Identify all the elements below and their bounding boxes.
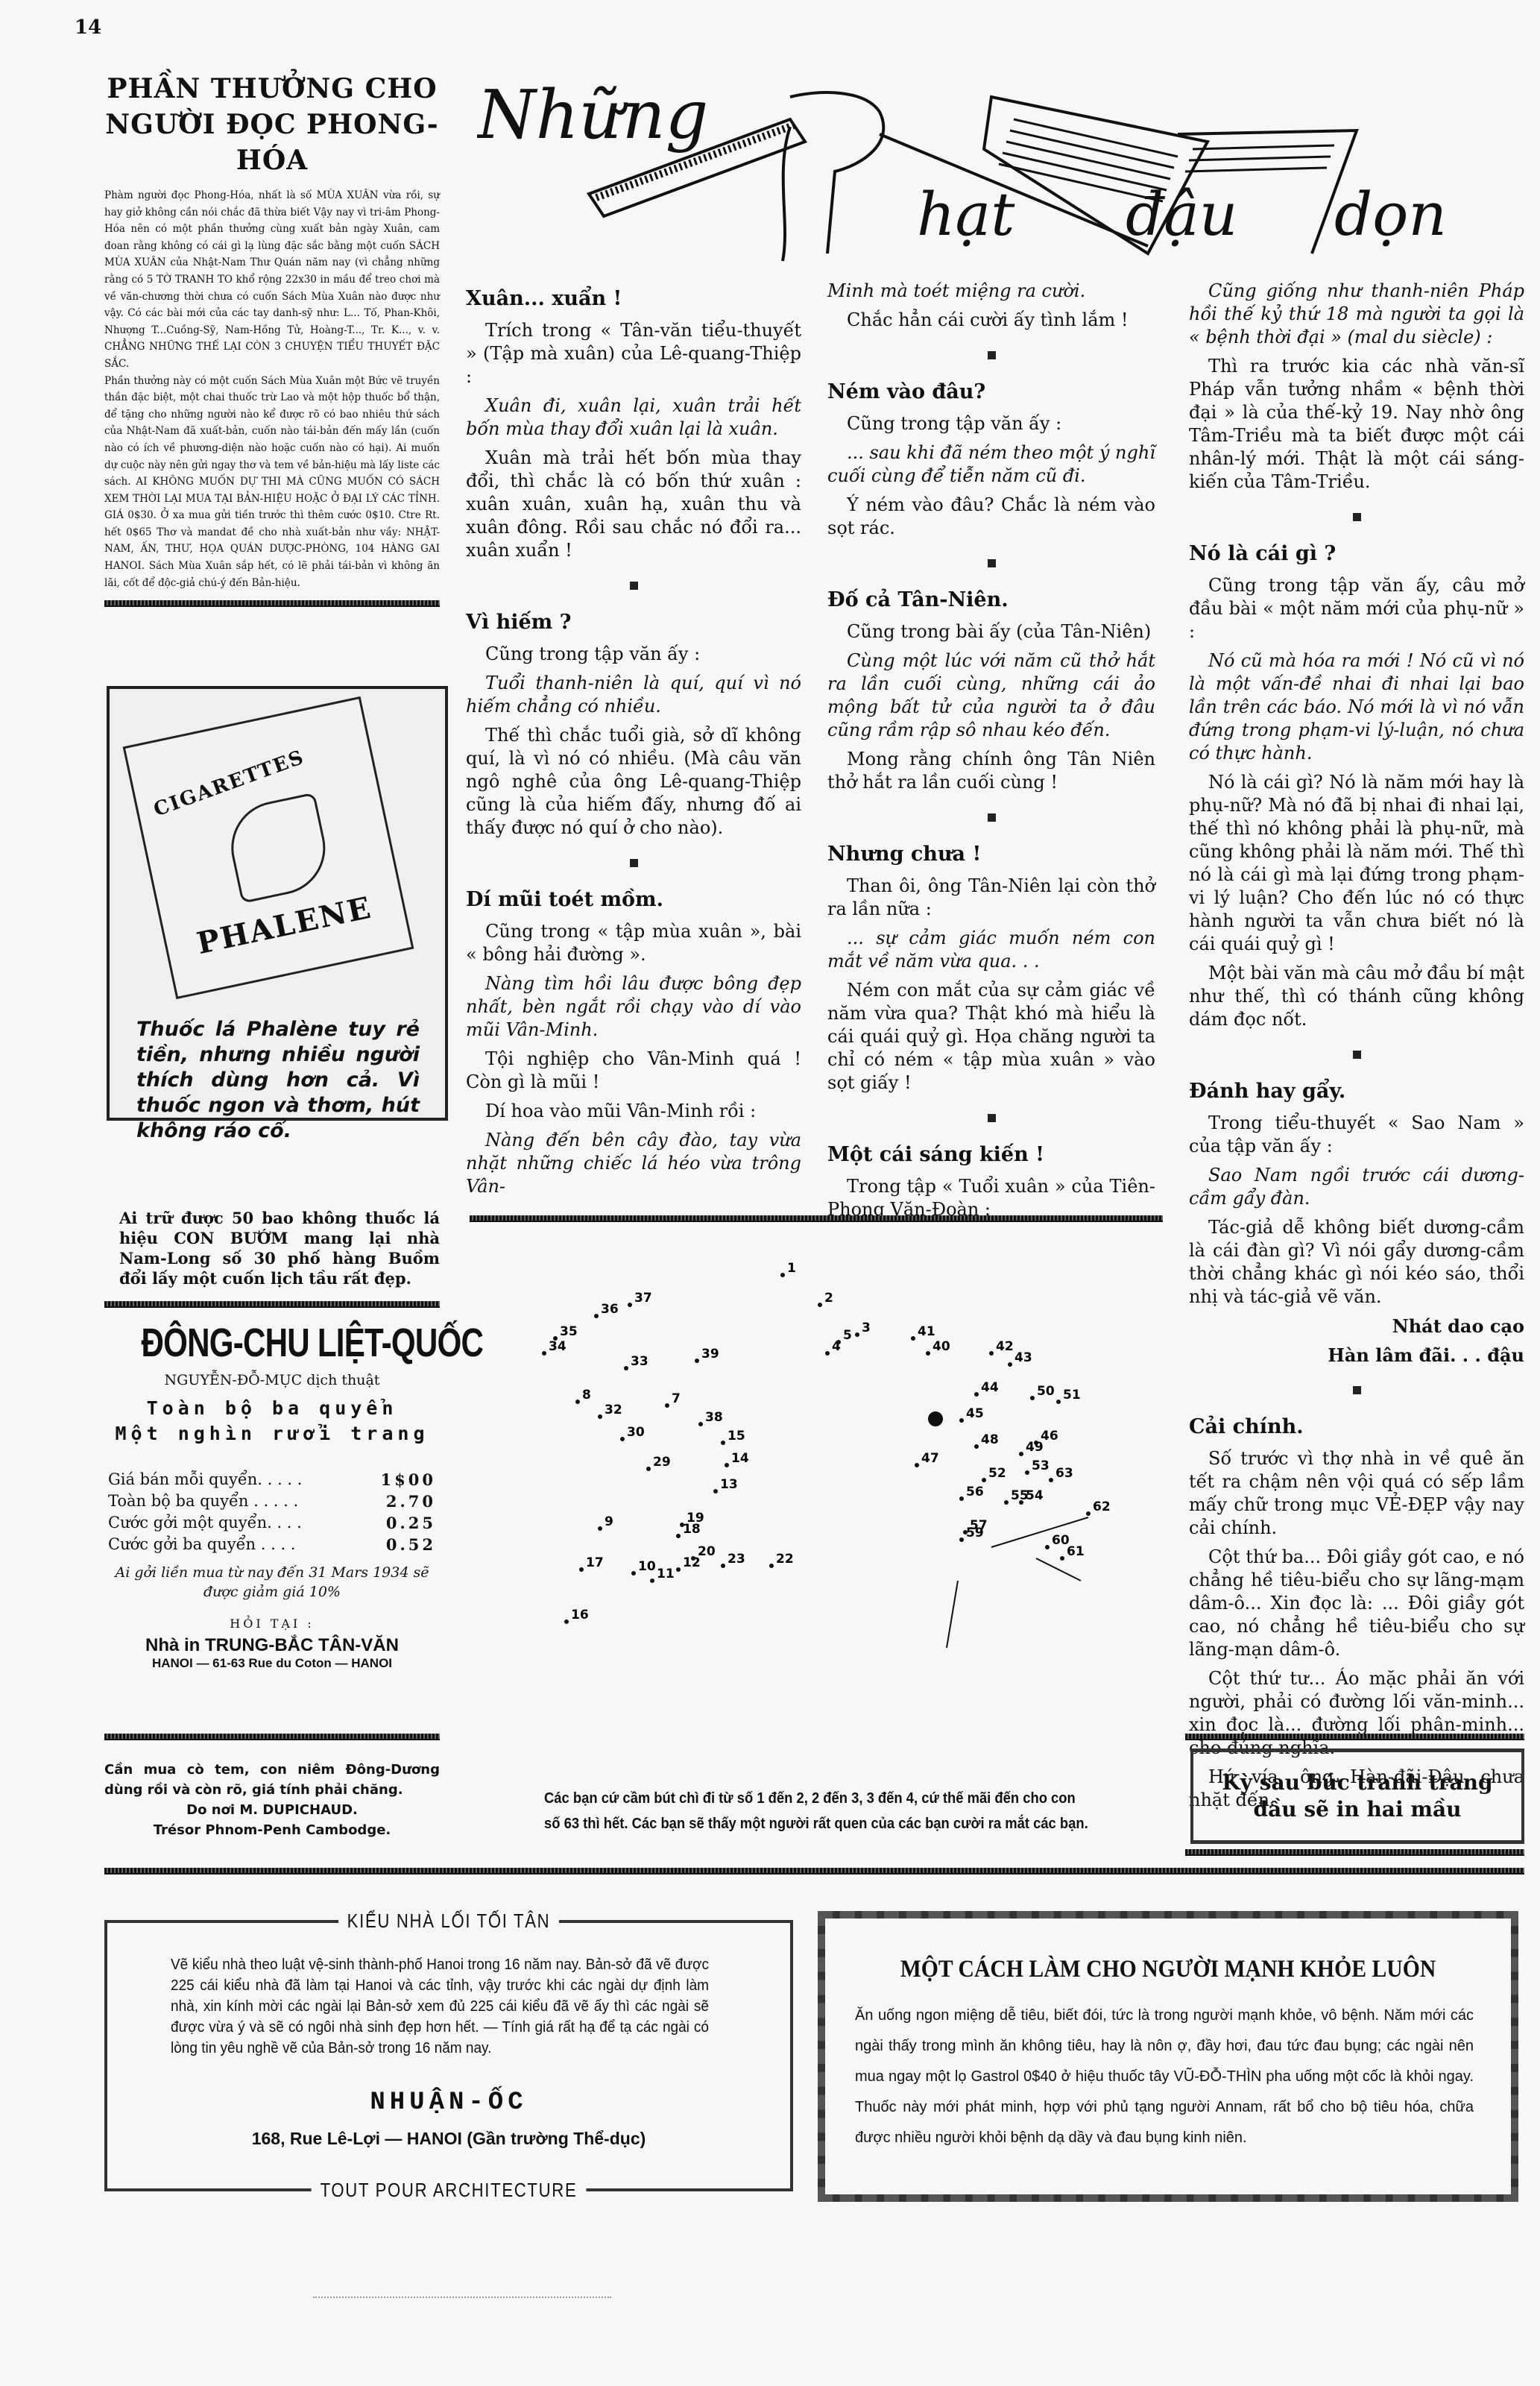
puzzle-dot	[691, 1556, 695, 1561]
svg-text:Những: Những	[477, 76, 708, 154]
paragraph: Cũng trong tập văn ấy :	[466, 643, 801, 666]
reward-paragraph-2: Phần thưởng này có một cuốn Sách Mùa Xuâ…	[104, 373, 440, 592]
puzzle-dot	[553, 1336, 558, 1341]
puzzle-dot-label: 19	[687, 1511, 704, 1526]
puzzle-dot	[911, 1336, 915, 1341]
paragraph: Cũng trong tập văn ấy :	[827, 412, 1155, 435]
paragraph: Ý ném vào đâu? Chắc là ném vào sọt rác.	[827, 494, 1155, 540]
paragraph: Số trước vì thợ nhà in về quê ăn tết ra …	[1189, 1447, 1524, 1540]
quote: Minh mà toét miệng ra cười.	[827, 280, 1155, 303]
puzzle-dot	[974, 1444, 979, 1449]
column-3: Minh mà toét miệng ra cười. Chắc hẳn cái…	[827, 280, 1155, 1227]
puzzle-dot	[628, 1303, 632, 1307]
quote: Nàng đến bên cây đào, tay vừa nhặt những…	[466, 1129, 801, 1198]
quote: ... sau khi đã ném theo một ý nghĩ cuối …	[827, 441, 1155, 488]
puzzle-dot	[575, 1400, 580, 1404]
puzzle-dot	[769, 1564, 774, 1568]
puzzle-dot	[650, 1578, 654, 1583]
puzzle-dot	[780, 1273, 785, 1277]
paragraph: Mong rằng chính ông Tân Niên thở hắt ra …	[827, 748, 1155, 794]
puzzle-dot-label: 34	[549, 1339, 567, 1354]
paragraph: Trong tập « Tuổi xuân » của Tiên-Phong V…	[827, 1175, 1155, 1221]
puzzle-dot	[1060, 1556, 1064, 1561]
puzzle-dot-label: 48	[981, 1432, 999, 1447]
dong-chu-liet-quoc-ad: ĐÔNG-CHU LIỆT-QUỐC NGUYỄN-ĐỖ-MỤC dịch th…	[104, 1320, 440, 1671]
puzzle-dot	[1086, 1511, 1091, 1516]
house-design-ad: KIỂU NHÀ LỐI TỐI TÂN Vẽ kiểu nhà theo lu…	[104, 1920, 793, 2191]
ask-at-label: HỎI TẠI :	[104, 1617, 440, 1631]
puzzle-dot-label: 56	[966, 1485, 984, 1499]
paragraph: Trích trong « Tân-văn tiểu-thuyết » (Tập…	[466, 319, 801, 388]
puzzle-caption: Các bạn cứ cầm bút chì đi từ số 1 đến 2,…	[544, 1786, 1093, 1836]
puzzle-dot	[926, 1351, 930, 1356]
column-header-illustration: Những hạt đậu dọn	[477, 60, 1536, 276]
page-number: 14	[75, 16, 101, 39]
puzzle-dot-label: 9	[605, 1514, 613, 1529]
reward-title-line2: NGƯỜI ĐỌC PHONG-HÓA	[104, 107, 440, 178]
puzzle-dot-label: 32	[605, 1403, 622, 1417]
price-row: Cước gởi ba quyển . . . .0.52	[108, 1534, 436, 1555]
puzzle-dot	[646, 1467, 651, 1471]
quote: ... sự cảm giác muốn ném con mắt về năm …	[827, 927, 1155, 973]
puzzle-dot	[1049, 1478, 1053, 1482]
reward-title-line1: PHẦN THƯỞNG CHO	[104, 71, 440, 107]
puzzle-dot-label: 37	[634, 1291, 652, 1306]
ad-address: 168, Rue Lê-Lợi — HANOI (Gần trường Thể-…	[107, 2129, 790, 2149]
svg-text:dọn: dọn	[1334, 180, 1447, 249]
puzzle-dot-label: 15	[728, 1429, 745, 1444]
gastrol-medicine-ad: MỘT CÁCH LÀM CHO NGƯỜI MẠNH KHỎE LUÔN Ăn…	[818, 1911, 1518, 2202]
section-title: Một cái sáng kiến !	[827, 1143, 1155, 1166]
puzzle-dot-label: 55	[1011, 1488, 1029, 1503]
puzzle-dot	[564, 1619, 569, 1624]
section-separator-icon	[1189, 1377, 1524, 1400]
svg-text:đậu: đậu	[1126, 180, 1237, 249]
price-list: Giá bán mỗi quyển. . . . .1$00 Toàn bộ b…	[108, 1469, 436, 1555]
section-title: Nó là cái gì ?	[1189, 542, 1524, 565]
section-title: Cải chính.	[1189, 1415, 1524, 1438]
next-issue-notice: Kỳ sau bức tranh trang đầu sẽ in hai mầu	[1190, 1748, 1524, 1844]
puzzle-dot-label: 45	[966, 1406, 984, 1421]
volumes-line: Toàn bộ ba quyển	[104, 1396, 440, 1421]
puzzle-dot-label: 14	[731, 1451, 749, 1466]
column-4: Cũng giống như thanh-niên Pháp hồi thế k…	[1189, 280, 1524, 1818]
column-2: Xuân... xuẩn ! Trích trong « Tân-văn tiể…	[466, 287, 801, 1204]
puzzle-dot	[855, 1332, 859, 1337]
puzzle-dot-label: 63	[1055, 1466, 1073, 1481]
butterfly-icon	[223, 793, 334, 904]
phalene-slogan: Thuốc lá Phalène tuy rẻ tiền, nhưng nhiề…	[136, 1017, 420, 1144]
quote: Nó cũ mà hóa ra mới ! Nó cũ vì nó là một…	[1189, 649, 1524, 765]
ad-body: Ăn uống ngon miệng dễ tiêu, biết đói, tứ…	[855, 2001, 1474, 2153]
pages-line: Một nghìn rưởi trang	[104, 1421, 440, 1447]
divider	[1185, 1734, 1524, 1740]
puzzle-dot	[1008, 1362, 1012, 1367]
price-row: Giá bán mỗi quyển. . . . .1$00	[108, 1469, 436, 1491]
puzzle-dot	[1056, 1400, 1061, 1404]
paragraph: Tội nghiệp cho Vân-Minh quá ! Còn gì là …	[466, 1048, 801, 1094]
price-row: Toàn bộ ba quyển . . . . .2.70	[108, 1491, 436, 1512]
paragraph: Nó là cái gì? Nó là năm mới hay là phụ-n…	[1189, 771, 1524, 956]
paragraph: Chắc hẳn cái cười ấy tình lắm !	[827, 309, 1155, 332]
puzzle-dot-label: 1	[787, 1261, 796, 1276]
printer-name: Nhà in TRUNG-BẮC TÂN-VĂN	[104, 1635, 440, 1656]
puzzle-dot	[1004, 1500, 1009, 1505]
translator: NGUYỄN-ĐỖ-MỤC dịch thuật	[104, 1372, 440, 1388]
signature: Nhát dao cạo	[1189, 1315, 1524, 1338]
puzzle-dot-label: 44	[981, 1380, 999, 1395]
puzzle-dot-label: 11	[657, 1567, 675, 1581]
puzzle-dot-label: 33	[631, 1354, 648, 1369]
section-title: Đố cả Tân-Niên.	[827, 588, 1155, 611]
dot-puzzle-canvas: 1234578910111213141516171819202223293032…	[470, 1230, 1163, 1767]
divider	[470, 1215, 1163, 1222]
paragraph: Thế thì chắc tuổi già, sở dĩ không quí, …	[466, 724, 801, 840]
section-separator-icon	[466, 850, 801, 873]
puzzle-dot-label: 62	[1093, 1499, 1111, 1514]
puzzle-dot	[1045, 1545, 1050, 1549]
puzzle-dot-label: 43	[1014, 1350, 1032, 1365]
stamp-location: Trésor Phnom-Penh Cambodge.	[104, 1820, 440, 1840]
puzzle-dot	[836, 1340, 841, 1344]
puzzle-dot-label: 41	[918, 1324, 935, 1339]
section-title: Vì hiếm ?	[466, 611, 801, 634]
puzzle-dot-label: 3	[862, 1321, 871, 1335]
paragraph: Than ôi, ông Tân-Niên lại còn thở ra lần…	[827, 875, 1155, 921]
ad-footer: TOUT POUR ARCHITECTURE	[312, 2179, 587, 2201]
notice-line: đầu sẽ in hai mầu	[1254, 1796, 1462, 1823]
puzzle-dot	[713, 1489, 718, 1493]
puzzle-dot-label: 7	[672, 1391, 681, 1406]
section-title: Xuân... xuẩn !	[466, 287, 801, 310]
puzzle-dot-label: 49	[1026, 1440, 1044, 1455]
printer-address: HANOI — 61-63 Rue du Coton — HANOI	[104, 1656, 440, 1671]
puzzle-dot-label: 22	[776, 1552, 794, 1567]
puzzle-dot	[676, 1567, 681, 1572]
puzzle-dot-label: 30	[627, 1425, 645, 1440]
quote: Cũng giống như thanh-niên Pháp hồi thế k…	[1189, 280, 1524, 349]
notice-line: Kỳ sau bức tranh trang	[1222, 1769, 1492, 1796]
puzzle-dot-label: 20	[698, 1544, 716, 1559]
section-separator-icon	[1189, 1042, 1524, 1065]
ad-brand: NHUẬN-ỐC	[107, 2088, 790, 2117]
puzzle-dot	[598, 1526, 602, 1531]
connect-the-dots-puzzle: 1234578910111213141516171819202223293032…	[470, 1230, 1163, 1767]
puzzle-dot	[825, 1351, 830, 1356]
divider	[104, 600, 440, 607]
quote: Cùng một lúc với năm cũ thở hắt ra lần c…	[827, 649, 1155, 742]
puzzle-dot	[695, 1359, 699, 1363]
paragraph: Cột thứ ba... Đôi giầy gót cao, e nó chẳ…	[1189, 1546, 1524, 1661]
puzzle-dot	[982, 1478, 986, 1482]
section-separator-icon	[1189, 504, 1524, 527]
divider	[104, 1301, 440, 1308]
section-title: Ném vào đâu?	[827, 380, 1155, 403]
puzzle-dot-label: 47	[921, 1451, 939, 1466]
section-separator-icon	[827, 342, 1155, 365]
puzzle-dot-label: 10	[638, 1559, 656, 1574]
ad-title: KIỂU NHÀ LỐI TỐI TÂN	[338, 1910, 559, 1932]
paragraph: Dí hoa vào mũi Vân-Minh rồi :	[466, 1100, 801, 1123]
puzzle-dot	[1030, 1396, 1035, 1400]
puzzle-dot	[620, 1437, 625, 1441]
puzzle-dot-label: 59	[966, 1526, 984, 1540]
paragraph: Cũng trong « tập mùa xuân », bài « bông …	[466, 920, 801, 966]
divider	[104, 1868, 1524, 1875]
puzzle-dot	[725, 1463, 729, 1467]
hand-comb-book-icon: Những hạt đậu dọn	[477, 60, 1536, 276]
puzzle-dot-label: 29	[653, 1455, 671, 1470]
puzzle-dot-label: 5	[843, 1328, 852, 1343]
paragraph: Thì ra trước kia các nhà văn-sĩ Pháp vẫn…	[1189, 355, 1524, 494]
stamp-buying-ad: Cần mua cò tem, con niêm Đông-Dương dùng…	[104, 1760, 440, 1840]
section-separator-icon	[827, 1105, 1155, 1128]
quote: Nàng tìm hồi lâu được bông đẹp nhất, bèn…	[466, 972, 801, 1042]
puzzle-dot	[959, 1496, 964, 1501]
puzzle-dot	[631, 1571, 636, 1576]
divider	[1185, 1849, 1524, 1856]
puzzle-dot	[974, 1392, 979, 1397]
paragraph: Tác-giả dễ không biết dương-cầm là cái đ…	[1189, 1216, 1524, 1309]
puzzle-dot-label: 17	[586, 1555, 604, 1570]
puzzle-dot	[1019, 1452, 1023, 1456]
puzzle-dot-label: 53	[1032, 1458, 1050, 1473]
puzzle-dot	[665, 1403, 669, 1408]
paragraph: Ném con mắt của sự cảm giác về năm vừa q…	[827, 979, 1155, 1095]
paragraph: Cũng trong bài ấy (của Tân-Niên)	[827, 620, 1155, 643]
puzzle-dot	[721, 1441, 725, 1445]
puzzle-dot-label: 2	[824, 1291, 833, 1306]
puzzle-dot	[579, 1567, 584, 1572]
scan-artifact-line	[313, 2297, 611, 2298]
divider	[104, 1734, 440, 1740]
puzzle-dot-label: 42	[996, 1339, 1014, 1354]
paragraph: Cột thứ tư... Áo mặc phải ăn với người, …	[1189, 1667, 1524, 1760]
puzzle-dot	[594, 1314, 599, 1318]
reward-article: PHẦN THƯỞNG CHO NGƯỜI ĐỌC PHONG-HÓA Phàm…	[104, 71, 440, 607]
paragraph: Cũng trong tập văn ấy, câu mở đầu bài « …	[1189, 574, 1524, 643]
puzzle-dot	[721, 1564, 725, 1568]
puzzle-dot	[959, 1537, 964, 1542]
puzzle-dot	[698, 1422, 703, 1426]
con-buom-notice: Ai trữ được 50 bao không thuốc lá hiệu C…	[119, 1208, 440, 1288]
puzzle-dot-label: 61	[1067, 1544, 1085, 1559]
puzzle-dot-label: 13	[720, 1477, 738, 1492]
price-row: Cước gởi một quyển. . . .0.25	[108, 1512, 436, 1534]
discount-note: Ai gởi liền mua từ nay đến 31 Mars 1934 …	[104, 1563, 440, 1602]
section-title: Nhưng chưa !	[827, 843, 1155, 866]
puzzle-dot	[818, 1303, 822, 1307]
puzzle-dot-label: 52	[988, 1466, 1006, 1481]
reward-paragraph-1: Phàm người đọc Phong-Hóa, nhất là số MÙA…	[104, 187, 440, 373]
paragraph: Một bài văn mà câu mở đầu bí mật như thế…	[1189, 962, 1524, 1031]
puzzle-dot	[676, 1534, 681, 1538]
phalene-cigarette-ad: CIGARETTES PHALENE Thuốc lá Phalène tuy …	[107, 686, 448, 1121]
quote: Sao Nam ngồi trước cái dương-cầm gẩy đàn…	[1189, 1164, 1524, 1210]
puzzle-dot-label: 40	[932, 1339, 950, 1354]
puzzle-dot	[598, 1414, 602, 1419]
paragraph: Trong tiểu-thuyết « Sao Nam » của tập vă…	[1189, 1112, 1524, 1158]
section-title: Đánh hay gẩy.	[1189, 1080, 1524, 1103]
puzzle-dot	[959, 1418, 964, 1423]
section-separator-icon	[827, 805, 1155, 828]
puzzle-dot	[989, 1351, 994, 1356]
puzzle-dot	[915, 1463, 919, 1467]
puzzle-dot-label: 39	[701, 1347, 719, 1362]
puzzle-dot	[680, 1523, 684, 1527]
puzzle-dot	[542, 1351, 546, 1356]
puzzle-dot-label: 38	[705, 1410, 723, 1425]
puzzle-dot	[1025, 1470, 1029, 1475]
puzzle-dot-label: 35	[560, 1324, 578, 1339]
section-title: Dí mũi toét mồm.	[466, 888, 801, 911]
puzzle-dot	[624, 1366, 628, 1370]
pack-brand: PHALENE	[194, 890, 375, 962]
paragraph: Xuân mà trải hết bốn mùa thay đổi, thì c…	[466, 447, 801, 562]
stamp-text: Cần mua cò tem, con niêm Đông-Dương dùng…	[104, 1760, 440, 1800]
puzzle-dot-label: 51	[1063, 1388, 1081, 1403]
puzzle-dot-label: 23	[728, 1552, 745, 1567]
quote: Xuân đi, xuân lại, xuân trải hết bốn mùa…	[466, 394, 801, 441]
book-title: ĐÔNG-CHU LIỆT-QUỐC	[142, 1320, 403, 1366]
puzzle-dot-label: 16	[571, 1608, 589, 1622]
puzzle-dot-label: 50	[1037, 1384, 1055, 1399]
section-separator-icon	[466, 573, 801, 596]
ad-title: MỘT CÁCH LÀM CHO NGƯỜI MẠNH KHỎE LUÔN	[886, 1956, 1450, 1983]
svg-text:hạt: hạt	[917, 180, 1015, 249]
stamp-contact: Do nơi M. DUPICHAUD.	[104, 1800, 440, 1820]
cigarette-pack-illustration: CIGARETTES PHALENE	[123, 696, 414, 999]
section-separator-icon	[827, 550, 1155, 573]
signature: Hàn lâm đãi. . . đậu	[1189, 1344, 1524, 1367]
puzzle-dot-label: 8	[582, 1388, 591, 1403]
ad-body: Vẽ kiểu nhà theo luật vệ-sinh thành-phố …	[171, 1954, 709, 2059]
quote: Tuổi thanh-niên là quí, quí vì nó hiếm c…	[466, 672, 801, 718]
puzzle-dot-label: 36	[601, 1302, 619, 1317]
